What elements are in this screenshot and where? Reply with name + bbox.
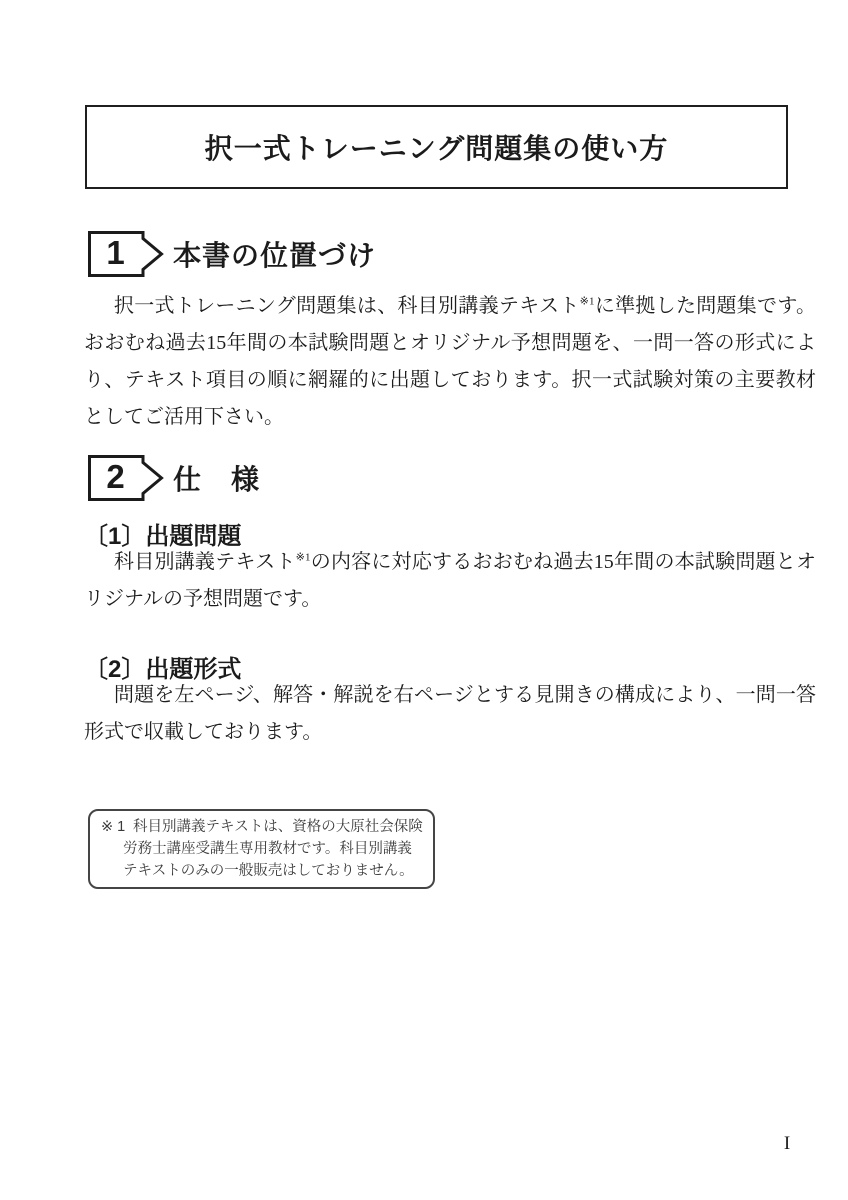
paragraph-text: 科目別講義テキスト <box>114 551 296 573</box>
page-number: I <box>775 1133 799 1155</box>
footnote-text: 科目別講義テキストは、資格の大原社会保険労務士講座受講生専用教材です。科目別講義… <box>123 819 423 879</box>
section-2-heading: 仕 様 <box>173 458 260 498</box>
footnote-marker: ※1 <box>580 295 595 307</box>
spec-2-paragraph: 問題を左ページ、解答・解説を右ページとする見開きの構成により、一問一答形式で収載… <box>84 677 816 751</box>
section-1-heading: 本書の位置づけ <box>173 234 376 274</box>
paragraph-text: 択一式トレーニング問題集は、科目別講義テキスト <box>114 295 580 317</box>
footnote-marker: ※1 <box>296 551 311 563</box>
page-title: 択一式トレーニング問題集の使い方 <box>205 127 668 167</box>
document-page: 択一式トレーニング問題集の使い方 1 本書の位置づけ 択一式トレーニング問題集は… <box>0 0 848 1200</box>
section-1-number: 1 <box>88 231 143 277</box>
spec-1-paragraph: 科目別講義テキスト※1の内容に対応するおおむね過去15年間の本試験問題とオリジナ… <box>84 544 816 618</box>
section-1-header: 1 本書の位置づけ <box>88 231 376 277</box>
section-1-badge: 1 <box>88 231 164 277</box>
footnote-label: ※ 1 <box>101 816 133 838</box>
section-2-number: 2 <box>88 455 143 501</box>
section-2-header: 2 仕 様 <box>88 455 260 501</box>
section-2-badge: 2 <box>88 455 164 501</box>
title-box: 択一式トレーニング問題集の使い方 <box>85 105 788 189</box>
footnote-box: ※ 1科目別講義テキストは、資格の大原社会保険労務士講座受講生専用教材です。科目… <box>88 809 435 889</box>
footnote-paragraph: ※ 1科目別講義テキストは、資格の大原社会保険労務士講座受講生専用教材です。科目… <box>101 816 425 882</box>
section-1-paragraph: 択一式トレーニング問題集は、科目別講義テキスト※1に準拠した問題集です。おおむね… <box>84 288 816 436</box>
